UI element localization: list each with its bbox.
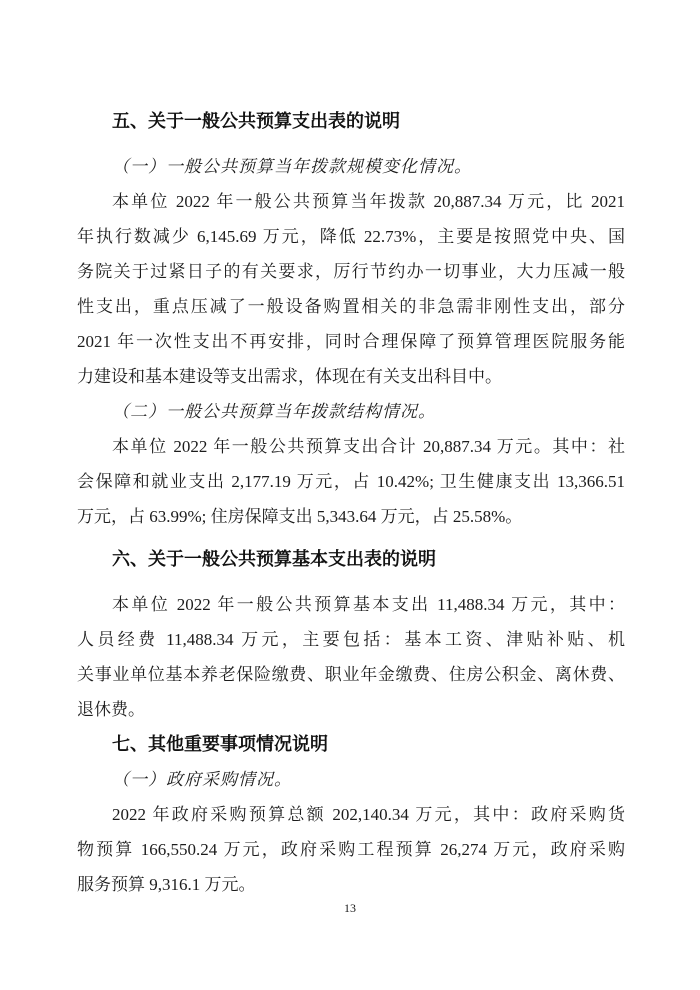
paragraph-line: 本单位 2022 年一般公共预算支出合计 20,887.34 万元。其中：社 — [77, 429, 625, 464]
paragraph-line: 年执行数减少 6,145.69 万元，降低 22.73%，主要是按照党中央、国 — [77, 219, 625, 254]
paragraph-line: 性支出，重点压减了一般设备购置相关的非急需非刚性支出，部分 — [77, 289, 625, 324]
paragraph-line: 物预算 166,550.24 万元，政府采购工程预算 26,274 万元，政府采… — [77, 832, 625, 867]
section-5-heading: 五、关于一般公共预算支出表的说明 — [77, 104, 625, 139]
paragraph-line: 本单位 2022 年一般公共预算当年拨款 20,887.34 万元，比 2021 — [77, 184, 625, 219]
paragraph-line: 2022 年政府采购预算总额 202,140.34 万元，其中：政府采购货 — [77, 797, 625, 832]
document-content: 五、关于一般公共预算支出表的说明 （一）一般公共预算当年拨款规模变化情况。 本单… — [77, 104, 625, 902]
paragraph-line: 2021 年一次性支出不再安排，同时合理保障了预算管理医院服务能 — [77, 324, 625, 359]
document-page: 五、关于一般公共预算支出表的说明 （一）一般公共预算当年拨款规模变化情况。 本单… — [0, 0, 700, 990]
paragraph-line: 会保障和就业支出 2,177.19 万元，占 10.42%; 卫生健康支出 13… — [77, 464, 625, 499]
paragraph-line: 退休费。 — [77, 692, 625, 727]
paragraph-line: 力建设和基本建设等支出需求，体现在有关支出科目中。 — [77, 359, 625, 394]
paragraph-line: 人员经费 11,488.34 万元，主要包括：基本工资、津贴补贴、机 — [77, 622, 625, 657]
paragraph-line: 服务预算 9,316.1 万元。 — [77, 867, 625, 902]
section-6-heading: 六、关于一般公共预算基本支出表的说明 — [77, 542, 625, 577]
section-7-heading: 七、其他重要事项情况说明 — [77, 727, 625, 762]
paragraph-line: 关事业单位基本养老保险缴费、职业年金缴费、住房公积金、离休费、 — [77, 657, 625, 692]
paragraph-line: 本单位 2022 年一般公共预算基本支出 11,488.34 万元，其中： — [77, 587, 625, 622]
section-5-subheading-1: （一）一般公共预算当年拨款规模变化情况。 — [77, 149, 625, 184]
section-7-subheading-1: （一）政府采购情况。 — [77, 762, 625, 797]
section-7-paragraph-1: 2022 年政府采购预算总额 202,140.34 万元，其中：政府采购货 物预… — [77, 797, 625, 902]
paragraph-line: 务院关于过紧日子的有关要求，厉行节约办一切事业，大力压减一般 — [77, 254, 625, 289]
section-6-paragraph-1: 本单位 2022 年一般公共预算基本支出 11,488.34 万元，其中： 人员… — [77, 587, 625, 727]
page-number: 13 — [0, 900, 700, 916]
section-5-paragraph-1: 本单位 2022 年一般公共预算当年拨款 20,887.34 万元，比 2021… — [77, 184, 625, 394]
paragraph-line: 万元，占 63.99%; 住房保障支出 5,343.64 万元，占 25.58%… — [77, 499, 625, 534]
section-5-paragraph-2: 本单位 2022 年一般公共预算支出合计 20,887.34 万元。其中：社 会… — [77, 429, 625, 534]
section-5-subheading-2: （二）一般公共预算当年拨款结构情况。 — [77, 394, 625, 429]
